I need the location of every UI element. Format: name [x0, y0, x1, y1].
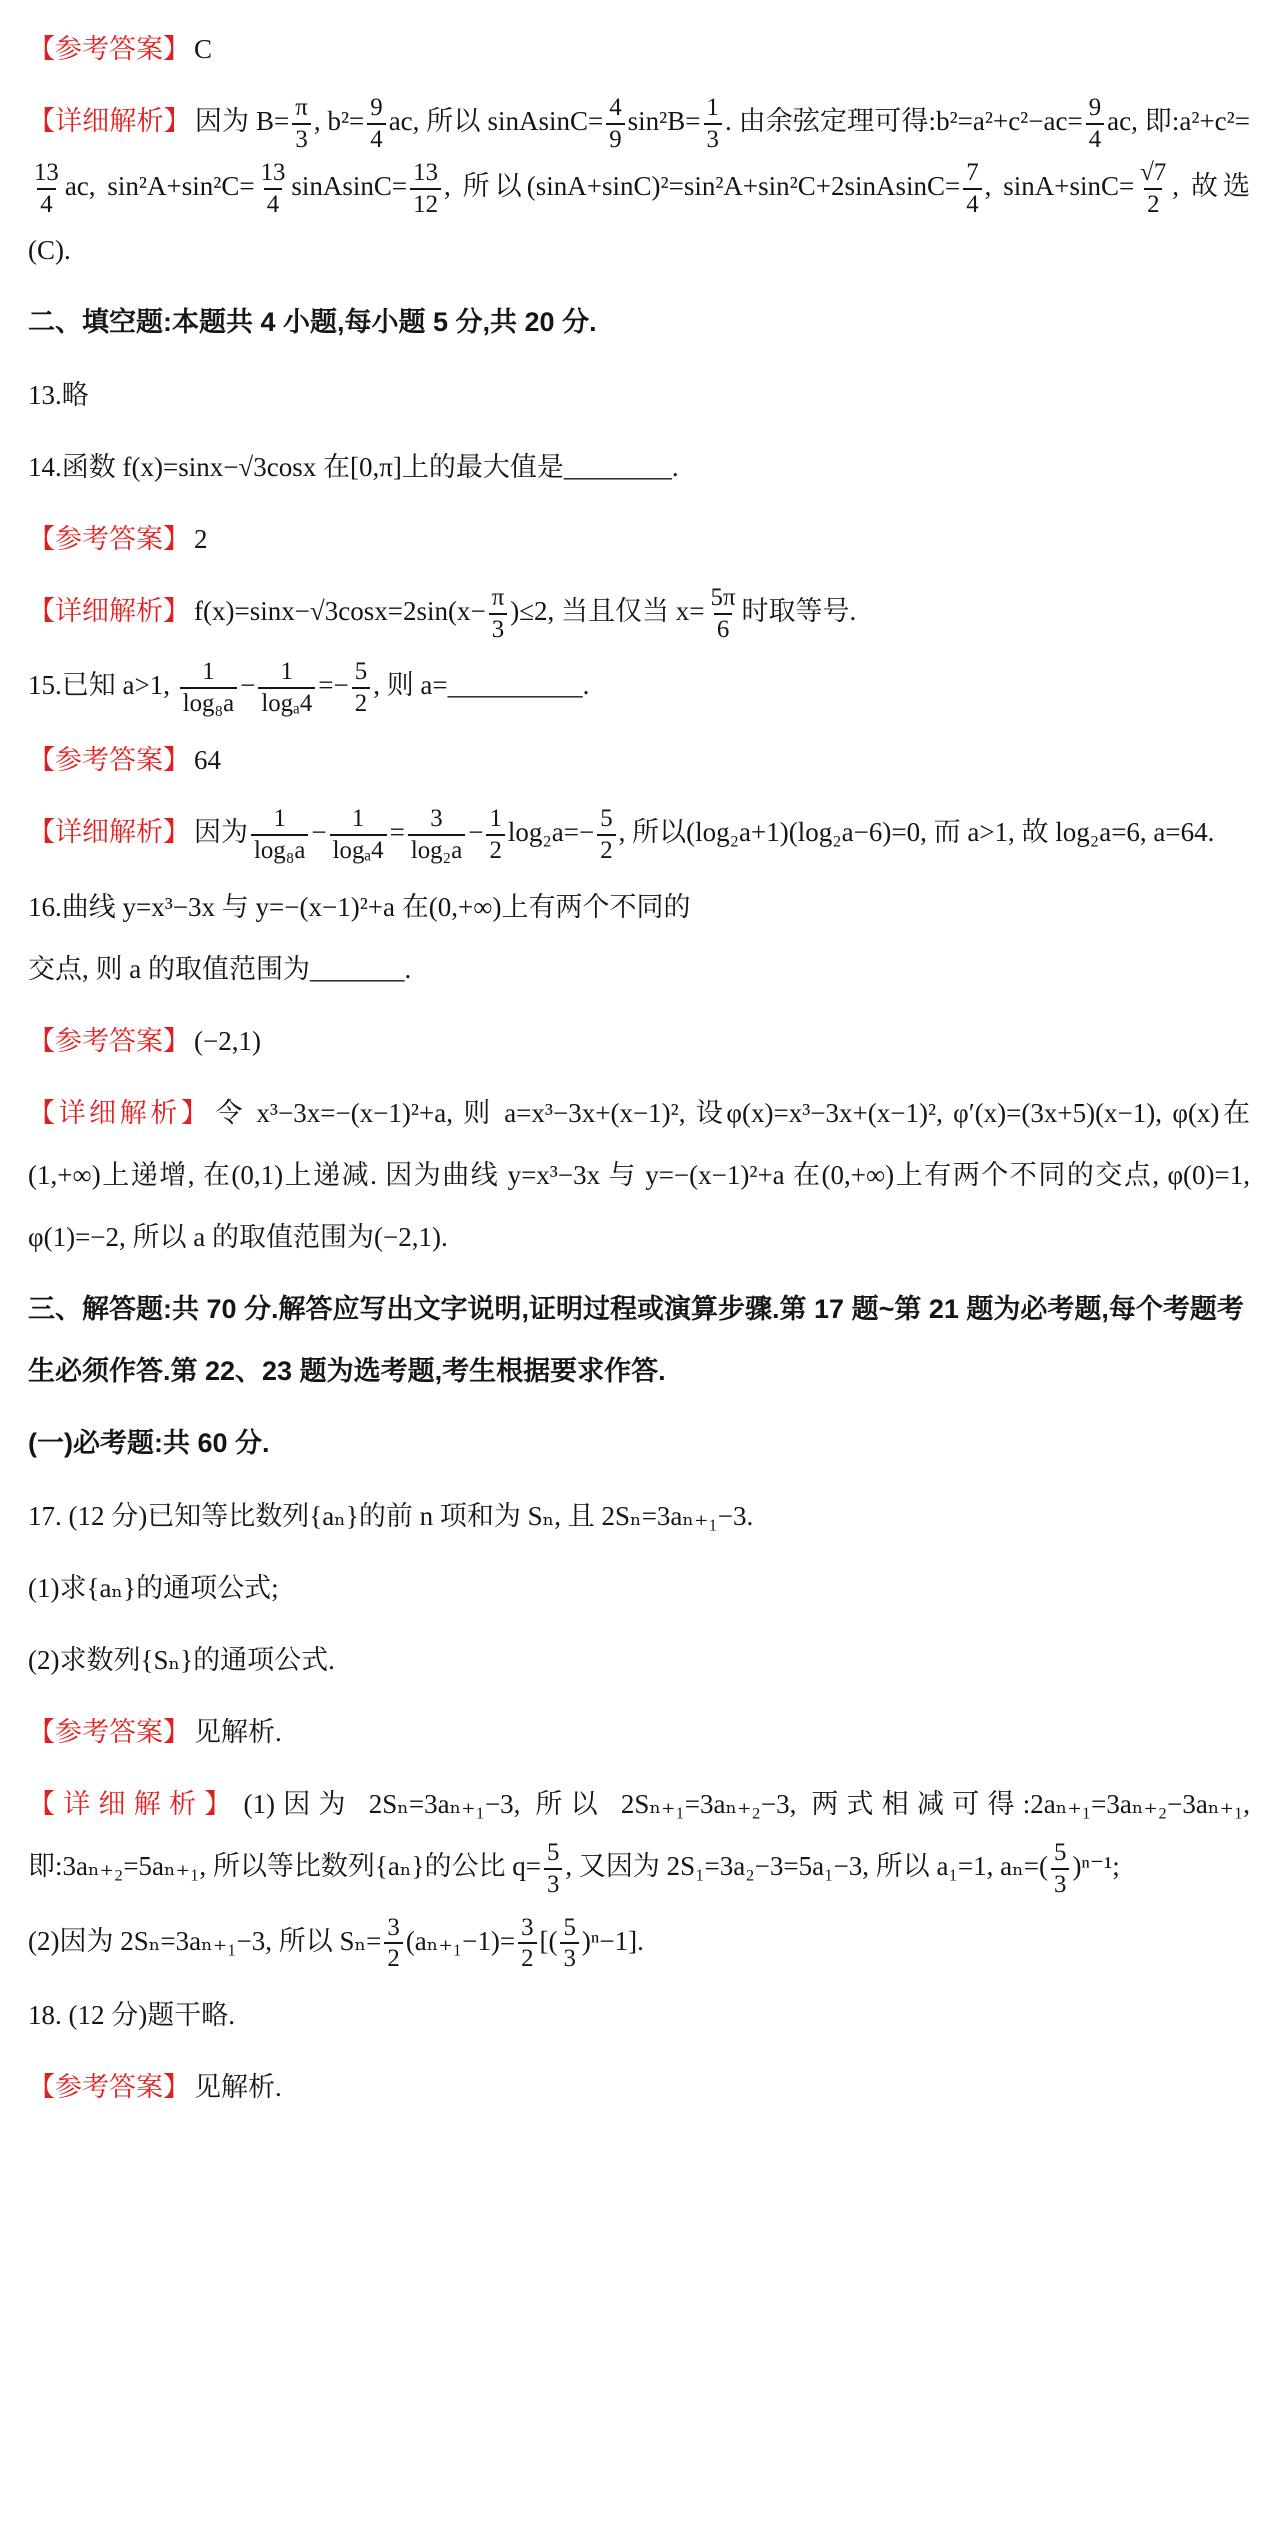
fraction: π3 [292, 93, 311, 155]
answer-label: 【参考答案】 [28, 2072, 190, 2102]
fraction-numerator: 1 [278, 657, 296, 687]
fraction: 53 [544, 1838, 562, 1900]
fraction-denominator: 2 [352, 687, 370, 719]
fraction-denominator: 6 [714, 613, 732, 645]
text-run: 2 [194, 524, 208, 554]
text-run: . 由余弦定理可得:b²=a²+c²−ac= [725, 106, 1083, 136]
text-run: 见解析. [194, 2072, 282, 2102]
fraction-denominator: 2 [384, 1942, 402, 1974]
fraction-numerator: 3 [384, 1913, 402, 1943]
exam-answer-document: 【参考答案】C【详细解析】因为 B=π3, b²=94ac, 所以 sinAsi… [0, 0, 1280, 2152]
fraction-denominator: 2 [486, 834, 504, 866]
fraction-numerator: 5π [708, 583, 739, 613]
answer-label: 【参考答案】 [28, 1717, 190, 1747]
fraction-denominator: 4 [1086, 123, 1104, 155]
answer-block: 【参考答案】2 [28, 508, 1250, 570]
fraction-numerator: π [292, 93, 311, 123]
text-run: ac, 所以 sinAsinC= [389, 106, 604, 136]
text-run: , b²= [314, 106, 364, 136]
analysis-block: 【详细解析】(1)因为 2Sₙ=3aₙ₊₁−3, 所以 2Sₙ₊₁=3aₙ₊₂−… [28, 1773, 1250, 1900]
fraction: 49 [606, 93, 624, 155]
text-run: 13.略 [28, 380, 89, 410]
text-run: sinAsinC= [291, 171, 407, 201]
heading-block: 三、解答题:共 70 分.解答应写出文字说明,证明过程或演算步骤.第 17 题~… [28, 1278, 1250, 1402]
fraction-denominator: 3 [704, 123, 722, 155]
fraction: 53 [560, 1913, 578, 1975]
fraction-denominator: 3 [560, 1942, 578, 1974]
answer-label: 【参考答案】 [28, 1026, 190, 1056]
fraction-numerator: √7 [1137, 158, 1169, 188]
fraction-numerator: 13 [410, 158, 441, 188]
fraction-denominator: 4 [963, 188, 981, 220]
text-run: )ⁿ−1]. [582, 1926, 644, 1956]
text-run: 三、解答题:共 70 分.解答应写出文字说明,证明过程或演算步骤.第 17 题~… [28, 1294, 1244, 1386]
text-run: − [240, 670, 255, 700]
fraction-denominator: 4 [37, 188, 55, 220]
fraction-numerator: 1 [486, 804, 504, 834]
fraction-denominator: log₈a [180, 687, 237, 719]
fraction-numerator: 13 [31, 158, 62, 188]
text-run: − [468, 817, 483, 847]
text-run: (aₙ₊₁−1)= [406, 1926, 515, 1956]
fraction: 1logₐ4 [258, 657, 315, 719]
text-run: 16.曲线 y=x³−3x 与 y=−(x−1)²+a 在(0,+∞)上有两个不… [28, 892, 690, 922]
fraction: 94 [1086, 93, 1104, 155]
fraction-denominator: 4 [264, 188, 282, 220]
answer-label: 【参考答案】 [28, 745, 190, 775]
text-run: C [194, 34, 212, 64]
fraction-numerator: 4 [606, 93, 624, 123]
text-run: , 则 a=__________. [373, 670, 589, 700]
fraction: 32 [384, 1913, 402, 1975]
fraction: 74 [963, 158, 981, 220]
fraction: 13 [704, 93, 722, 155]
answer-label: 【参考答案】 [28, 524, 190, 554]
analysis-block: 【详细解析】令 x³−3x=−(x−1)²+a, 则 a=x³−3x+(x−1)… [28, 1082, 1250, 1268]
text-block: (2)求数列{Sₙ}的通项公式. [28, 1629, 1250, 1691]
fraction: 3log₂a [408, 804, 465, 866]
text-run: (一)必考题:共 60 分. [28, 1428, 270, 1458]
text-block: 15.已知 a>1, 1log₈a−1logₐ4=−52, 则 a=______… [28, 654, 1250, 719]
fraction-denominator: 9 [606, 123, 624, 155]
fraction-numerator: 1 [199, 657, 217, 687]
fraction-numerator: 5 [597, 804, 615, 834]
text-run: 64 [194, 745, 221, 775]
text-run: =− [318, 670, 348, 700]
fraction: 134 [258, 158, 289, 220]
text-run: 时取等号. [742, 596, 857, 626]
answer-block: 【参考答案】(−2,1) [28, 1010, 1250, 1072]
fraction-denominator: logₐ4 [258, 687, 315, 719]
analysis-label: 【详细解析】 [28, 1098, 212, 1128]
text-run: f(x)=sinx−√3cosx=2sin(x− [194, 596, 486, 626]
heading-block: (一)必考题:共 60 分. [28, 1412, 1250, 1474]
text-run: 见解析. [194, 1717, 282, 1747]
fraction: π3 [489, 583, 508, 645]
text-run: (−2,1) [194, 1026, 261, 1056]
text-run: 17. (12 分)已知等比数列{aₙ}的前 n 项和为 Sₙ, 且 2Sₙ=3… [28, 1501, 753, 1531]
fraction-numerator: 3 [518, 1913, 536, 1943]
analysis-label: 【详细解析】 [28, 596, 190, 626]
text-run: (2)因为 2Sₙ=3aₙ₊₁−3, 所以 Sₙ= [28, 1926, 381, 1956]
text-run: ac, 即:a²+c²= [1107, 106, 1250, 136]
fraction-numerator: 5 [544, 1838, 562, 1868]
fraction: √72 [1137, 158, 1169, 220]
fraction-denominator: 3 [292, 123, 310, 155]
fraction-numerator: 7 [963, 158, 981, 188]
text-block: 16.曲线 y=x³−3x 与 y=−(x−1)²+a 在(0,+∞)上有两个不… [28, 876, 1250, 1000]
fraction-denominator: 12 [410, 188, 441, 220]
analysis-block: 【详细解析】f(x)=sinx−√3cosx=2sin(x−π3)≤2, 当且仅… [28, 580, 1250, 645]
document-blocks: 【参考答案】C【详细解析】因为 B=π3, b²=94ac, 所以 sinAsi… [28, 18, 1250, 2118]
answer-block: 【参考答案】见解析. [28, 2056, 1250, 2118]
fraction-numerator: 13 [258, 158, 289, 188]
fraction-denominator: 2 [1144, 188, 1162, 220]
text-block: (1)求{aₙ}的通项公式; [28, 1557, 1250, 1619]
fraction-numerator: 1 [349, 804, 367, 834]
fraction: 1log₈a [251, 804, 308, 866]
fraction-numerator: π [489, 583, 508, 613]
fraction-numerator: 3 [427, 804, 445, 834]
fraction: 52 [352, 657, 370, 719]
text-run: )≤2, 当且仅当 x= [510, 596, 704, 626]
text-run: ac, sin²A+sin²C= [65, 171, 255, 201]
fraction: 134 [31, 158, 62, 220]
fraction: 1log₈a [180, 657, 237, 719]
fraction: 1logₐ4 [330, 804, 387, 866]
text-run: 18. (12 分)题干略. [28, 2000, 235, 2030]
fraction: 32 [518, 1913, 536, 1975]
heading-block: 二、填空题:本题共 4 小题,每小题 5 分,共 20 分. [28, 291, 1250, 353]
text-run: (1)求{aₙ}的通项公式; [28, 1573, 279, 1603]
answer-block: 【参考答案】64 [28, 729, 1250, 791]
fraction: 94 [367, 93, 385, 155]
fraction: 12 [486, 804, 504, 866]
fraction-denominator: 3 [489, 613, 507, 645]
fraction-numerator: 5 [1051, 1838, 1069, 1868]
text-run: , 所以(sinA+sinC)²=sin²A+sin²C+2sinAsinC= [444, 171, 960, 201]
analysis-block: 【详细解析】因为1log₈a−1logₐ4=3log₂a−12log₂a=−52… [28, 801, 1250, 866]
text-run: 二、填空题:本题共 4 小题,每小题 5 分,共 20 分. [28, 307, 597, 337]
text-run: 14.函数 f(x)=sinx−√3cosx 在[0,π]上的最大值是_____… [28, 452, 679, 482]
fraction-numerator: 5 [560, 1913, 578, 1943]
text-run: log₂a=− [508, 817, 594, 847]
text-run: , sinA+sinC= [985, 171, 1135, 201]
text-run: , 所以(log₂a+1)(log₂a−6)=0, 而 a>1, 故 log₂a… [619, 817, 1215, 847]
fraction-numerator: 5 [352, 657, 370, 687]
answer-block: 【参考答案】C [28, 18, 1250, 80]
answer-block: 【参考答案】见解析. [28, 1701, 1250, 1763]
fraction: 5π6 [708, 583, 739, 645]
text-block: 17. (12 分)已知等比数列{aₙ}的前 n 项和为 Sₙ, 且 2Sₙ=3… [28, 1485, 1250, 1547]
text-run: 因为 B= [195, 106, 289, 136]
text-run: )ⁿ⁻¹; [1072, 1851, 1119, 1881]
fraction-denominator: 2 [518, 1942, 536, 1974]
fraction-denominator: 3 [1051, 1868, 1069, 1900]
text-run: 因为 [194, 817, 248, 847]
fraction-denominator: 2 [597, 834, 615, 866]
fraction-numerator: 1 [704, 93, 722, 123]
fraction-denominator: 3 [544, 1868, 562, 1900]
analysis-label: 【详细解析】 [28, 1789, 239, 1819]
fraction-denominator: logₐ4 [330, 834, 387, 866]
text-run: (2)求数列{Sₙ}的通项公式. [28, 1645, 335, 1675]
text-run: , 又因为 2S₁=3a₂−3=5a₁−3, 所以 a₁=1, aₙ=( [565, 1851, 1048, 1881]
text-block: 18. (12 分)题干略. [28, 1984, 1250, 2046]
analysis-block: 【详细解析】因为 B=π3, b²=94ac, 所以 sinAsinC=49si… [28, 90, 1250, 281]
fraction-denominator: log₈a [251, 834, 308, 866]
text-block: 14.函数 f(x)=sinx−√3cosx 在[0,π]上的最大值是_____… [28, 436, 1250, 498]
text-run: sin²B= [628, 106, 701, 136]
analysis-label: 【详细解析】 [28, 106, 191, 136]
text-run: − [311, 817, 326, 847]
text-run: = [390, 817, 405, 847]
fraction-numerator: 9 [1086, 93, 1104, 123]
text-block: 13.略 [28, 364, 1250, 426]
text-run: [( [540, 1926, 558, 1956]
analysis-label: 【详细解析】 [28, 817, 190, 847]
text-block: (2)因为 2Sₙ=3aₙ₊₁−3, 所以 Sₙ=32(aₙ₊₁−1)=32[(… [28, 1910, 1250, 1975]
fraction: 1312 [410, 158, 441, 220]
fraction-denominator: 4 [367, 123, 385, 155]
fraction-denominator: log₂a [408, 834, 465, 866]
fraction: 52 [597, 804, 615, 866]
fraction-numerator: 9 [367, 93, 385, 123]
answer-label: 【参考答案】 [28, 34, 190, 64]
fraction-numerator: 1 [270, 804, 288, 834]
fraction: 53 [1051, 1838, 1069, 1900]
text-run: 交点, 则 a 的取值范围为_______. [28, 954, 411, 984]
text-run: 15.已知 a>1, [28, 670, 177, 700]
